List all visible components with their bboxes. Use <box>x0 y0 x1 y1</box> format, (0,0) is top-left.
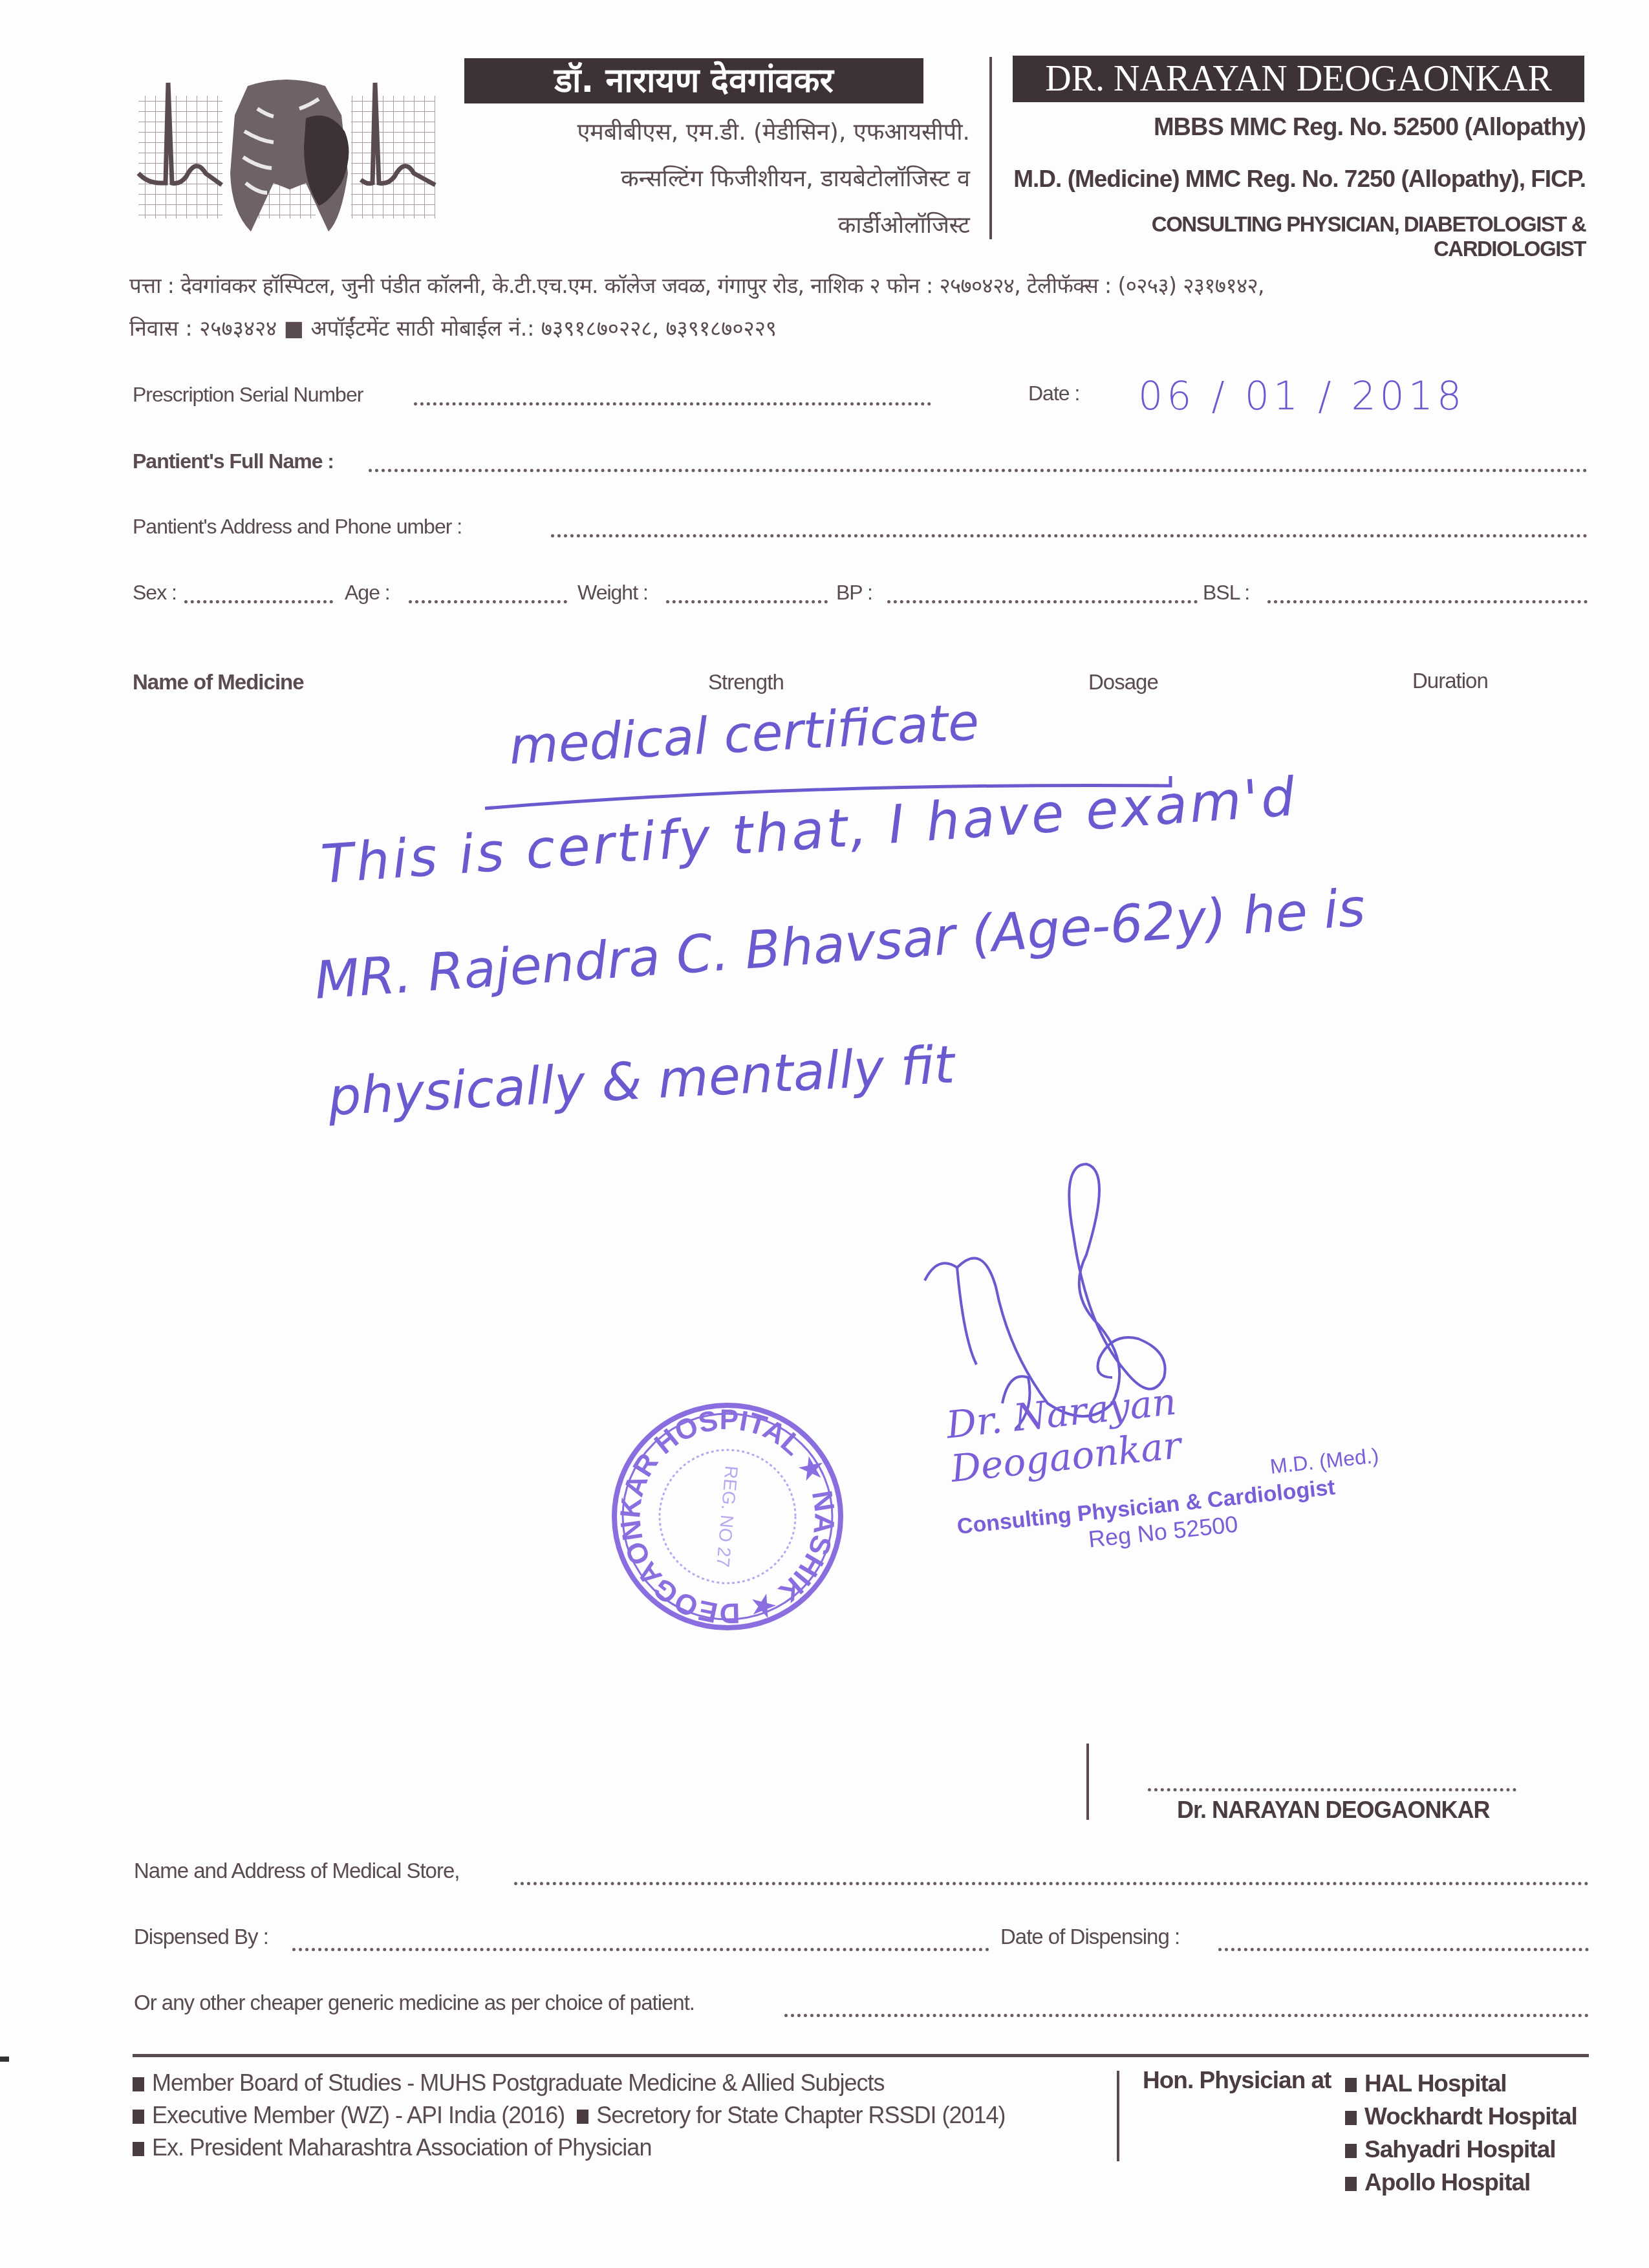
footer-rule <box>133 2054 1589 2057</box>
dispensed-by-label: Dispensed By : <box>134 1925 268 1949</box>
footer-membership-1: Member Board of Studies - MUHS Postgradu… <box>133 2069 885 2097</box>
hon-physician-label: Hon. Physician at <box>1143 2067 1331 2094</box>
hospital-item: Sahyadri Hospital <box>1345 2133 1577 2166</box>
doctor-name-english: DR. NARAYAN DEOGAONKAR <box>1013 56 1584 102</box>
clinic-logo <box>135 70 438 241</box>
bullet-icon <box>133 2077 144 2091</box>
hospital-list: HAL Hospital Wockhardt Hospital Sahyadri… <box>1345 2067 1577 2199</box>
ecg-ribcage-heart-icon <box>135 70 438 241</box>
doctor-name-marathi: डॉ. नारायण देवगांवकर <box>464 58 923 103</box>
specialty-english: CONSULTING PHYSICIAN, DIABETOLOGIST & CA… <box>1009 212 1586 261</box>
footer-membership-3: Ex. President Maharashtra Association of… <box>133 2134 651 2161</box>
hospital-item: HAL Hospital <box>1345 2067 1577 2100</box>
bullet-icon <box>133 2142 144 2156</box>
certificate-line-3: physically & mentally fit <box>327 1034 956 1127</box>
bullet-icon <box>1345 2111 1357 2125</box>
dispensed-by-field[interactable] <box>292 1948 989 1951</box>
bullet-icon <box>1345 2177 1357 2191</box>
sex-label: Sex : <box>133 581 177 605</box>
reg-line-2: M.D. (Medicine) MMC Reg. No. 7250 (Allop… <box>1009 166 1586 193</box>
bullet-icon <box>1345 2078 1357 2092</box>
signature-doctor-name: Dr. NARAYAN DEOGAONKAR <box>1177 1797 1489 1824</box>
bullet-icon <box>133 2110 144 2124</box>
address-line-2: निवास : २५७३४२४ ■ अपॉईंटमेंट साठी मोबाईल… <box>129 313 777 342</box>
patient-address-label: Pantient's Address and Phone umber : <box>133 515 462 539</box>
date-label: Date : <box>1028 382 1079 405</box>
column-strength: Strength <box>708 670 784 695</box>
age-field[interactable] <box>409 600 567 603</box>
store-label: Name and Address of Medical Store, <box>134 1859 459 1883</box>
header-divider <box>989 57 992 239</box>
hospital-item: Wockhardt Hospital <box>1345 2100 1577 2133</box>
store-field[interactable] <box>514 1882 1589 1885</box>
bullet-icon <box>577 2110 588 2124</box>
column-duration: Duration <box>1412 669 1488 693</box>
patient-name-field[interactable] <box>369 469 1588 472</box>
column-dosage: Dosage <box>1088 670 1158 695</box>
stamp-center-text: REG. NO 27 <box>713 1465 742 1568</box>
sex-field[interactable] <box>184 600 333 603</box>
bsl-field[interactable] <box>1267 600 1588 603</box>
signature-line <box>1148 1788 1516 1791</box>
age-label: Age : <box>345 581 390 605</box>
patient-address-field[interactable] <box>551 534 1588 537</box>
address-line-1: पत्ता : देवगांवकर हॉस्पिटल, जुनी पंडीत क… <box>129 270 1591 299</box>
bp-field[interactable] <box>887 600 1198 603</box>
hospital-stamp: ★ DEOGAONKAR HOSPITAL ★ NASHIK REG. NO 2… <box>608 1397 847 1636</box>
serial-label: Prescription Serial Number <box>133 383 363 407</box>
specialty-marathi-line2: कार्डीओलॉजिस्ट <box>453 208 970 240</box>
date-value[interactable]: 06 / 01 / 2018 <box>1138 374 1465 419</box>
weight-field[interactable] <box>666 600 828 603</box>
generic-label: Or any other cheaper generic medicine as… <box>134 1991 695 2015</box>
dispensing-date-label: Date of Dispensing : <box>1000 1925 1180 1949</box>
serial-field[interactable] <box>414 402 931 405</box>
footer-divider <box>1117 2071 1119 2161</box>
reg-line-1: MBBS MMC Reg. No. 52500 (Allopathy) <box>1009 114 1586 142</box>
patient-name-label: Pantient's Full Name : <box>133 449 334 473</box>
specialty-marathi-line1: कन्सल्टिंग फिजीशीयन, डायबेटोलॉजिस्ट व <box>453 162 970 193</box>
footer-membership-2: Executive Member (WZ) - API India (2016)… <box>133 2102 1006 2129</box>
column-medicine: Name of Medicine <box>133 670 304 695</box>
bp-label: BP : <box>836 581 872 605</box>
scan-edge-mark <box>0 2057 9 2062</box>
dispensing-date-field[interactable] <box>1218 1948 1589 1951</box>
bullet-icon <box>1345 2144 1357 2158</box>
hospital-item: Apollo Hospital <box>1345 2166 1577 2199</box>
weight-label: Weight : <box>577 581 648 605</box>
bsl-label: BSL : <box>1203 581 1249 605</box>
certificate-line-2: MR. Rajendra C. Bhavsar (Age-62y) he is <box>313 878 1367 1011</box>
generic-field[interactable] <box>784 2014 1589 2017</box>
signature-divider <box>1086 1744 1089 1820</box>
qualifications-marathi: एमबीबीएस, एम.डी. (मेडीसिन), एफआयसीपी. <box>453 115 970 147</box>
